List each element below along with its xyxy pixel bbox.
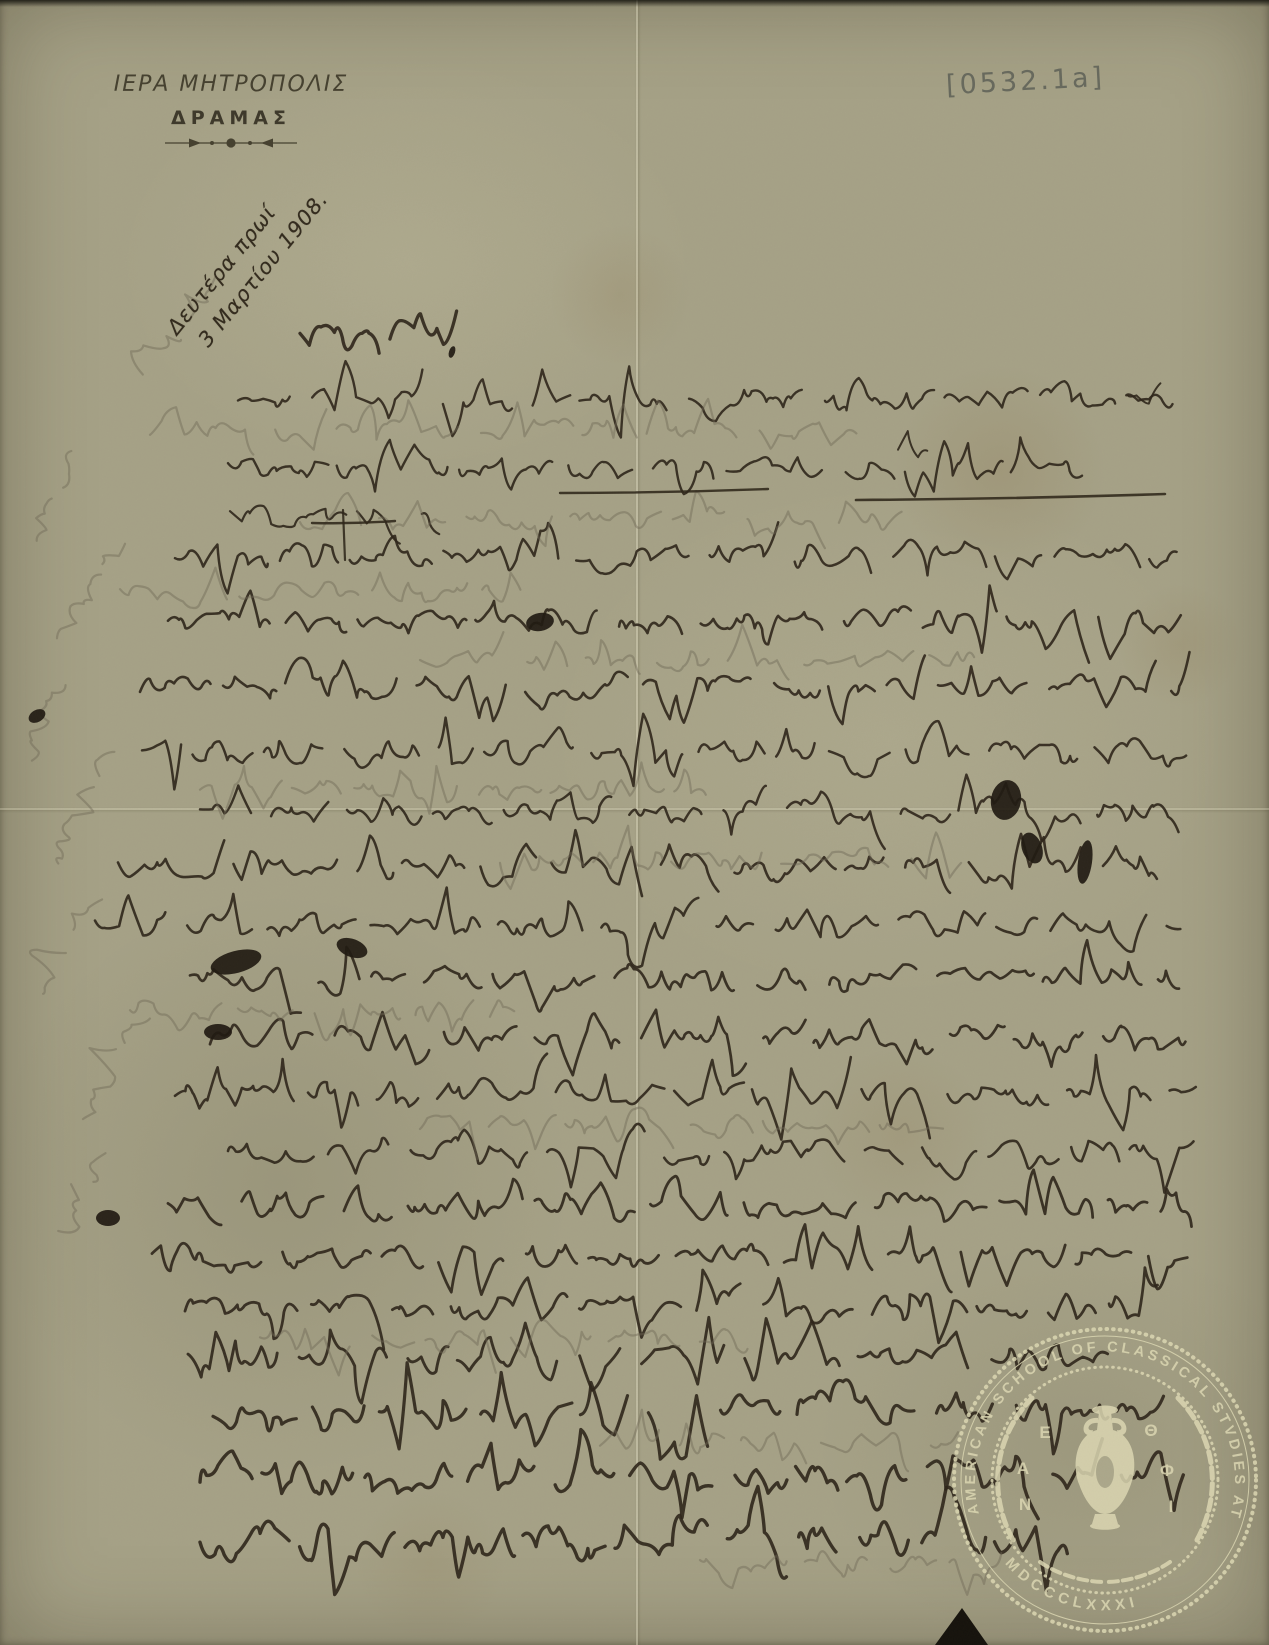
paper-mottling [0,0,1269,1645]
letterhead-subtitle: ΔΡΑΜΑΣ [103,107,359,129]
letterhead-ornament-icon [165,135,297,151]
letterhead: ΙΕΡΑ ΜΗΤΡΟΠΟΛΙΣ ΔΡΑΜΑΣ [103,72,359,155]
horizontal-fold-crease [0,808,1269,810]
letter-page: ΙΕΡΑ ΜΗΤΡΟΠΟΛΙΣ ΔΡΑΜΑΣ [0532.1a] Δευτέρα… [0,0,1269,1645]
vertical-fold-crease [636,0,638,1645]
letterhead-title: ΙΕΡΑ ΜΗΤΡΟΠΟΛΙΣ [103,72,359,97]
